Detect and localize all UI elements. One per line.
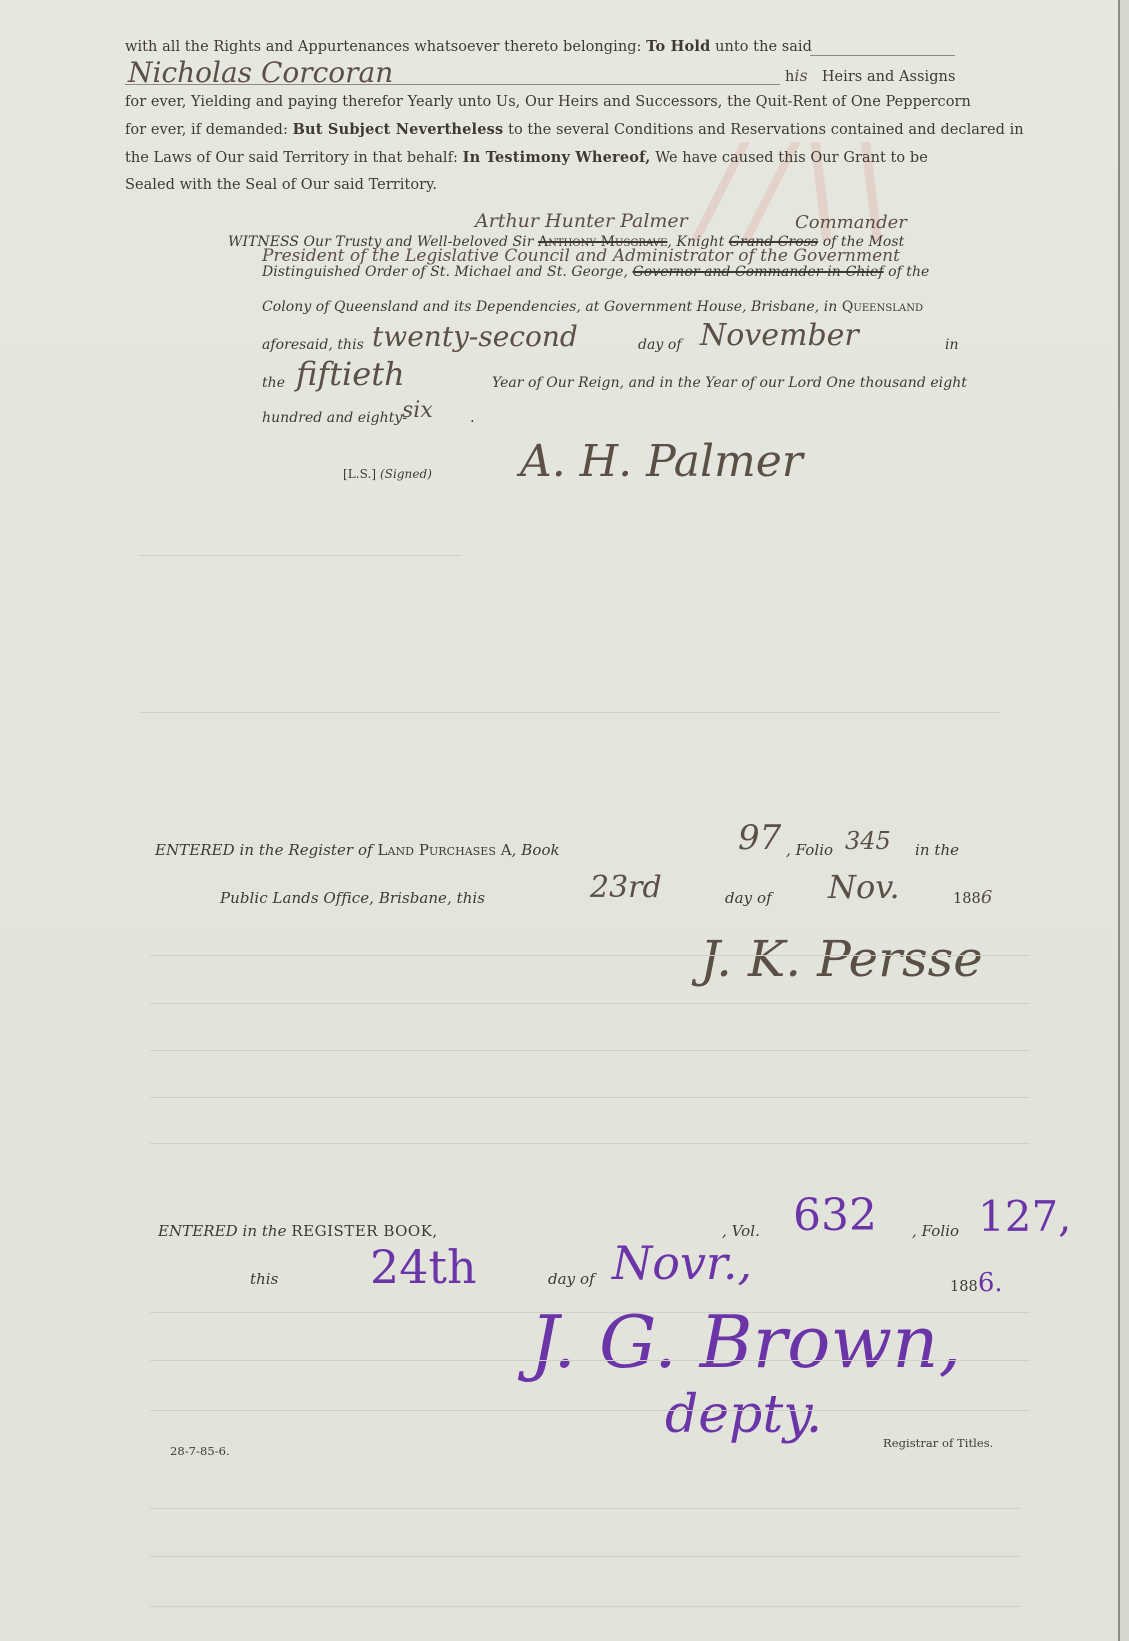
pronoun-handwritten: is <box>794 66 807 85</box>
document-page: //\\ with all the Rights and Appurtenanc… <box>0 0 1118 1641</box>
heirs-and-assigns: his Heirs and Assigns <box>785 66 955 85</box>
entry-day-handwritten: 23rd <box>590 870 662 905</box>
land-purchases-line-1: ENTERED in the Register of Land Purchase… <box>155 841 560 859</box>
page-edge-strip <box>1120 0 1129 1641</box>
reign-year-handwritten: fiftieth <box>296 355 405 393</box>
governor-signature: A. H. Palmer <box>520 436 803 487</box>
witness-line-6: hundred and eighty- <box>262 410 407 426</box>
register-year: 1886. <box>950 1268 1003 1298</box>
struck-office: Governor and Commander-in-Chief <box>633 264 884 280</box>
ruled-line <box>150 1003 1030 1004</box>
ghost-rule <box>140 712 1000 713</box>
grantee-blank-line <box>125 84 780 85</box>
ruled-line <box>150 1312 1030 1313</box>
entry-year: 1886 <box>953 887 992 908</box>
vol-number-handwritten: 632 <box>793 1190 877 1241</box>
witness-office-inserted: President of the Legislative Council and… <box>262 246 900 266</box>
ruled-line <box>150 1360 1030 1361</box>
habendum-line-3: for ever, Yielding and paying therefor Y… <box>125 94 971 110</box>
habendum-line-1: with all the Rights and Appurtenances wh… <box>125 38 812 55</box>
register-day-of-label: day of <box>548 1270 595 1288</box>
deputy-note-handwritten: depty. <box>665 1385 822 1445</box>
year-period: . <box>470 410 475 426</box>
ruled-line <box>150 1508 1020 1509</box>
witness-day-of-label: day of <box>638 337 682 353</box>
register-this-label: this <box>250 1270 278 1288</box>
witness-line-5-start: the <box>262 375 285 391</box>
ruled-line <box>150 955 1030 956</box>
ruled-line <box>150 1606 1020 1607</box>
witness-title-inserted: Commander <box>795 212 907 233</box>
folio-label: , Folio <box>786 841 833 859</box>
ruled-line <box>150 1050 1030 1051</box>
book-number-handwritten: 97 <box>738 818 781 858</box>
habendum-line-4: for ever, if demanded: But Subject Never… <box>125 121 1024 138</box>
ruled-line <box>150 1097 1030 1098</box>
witness-line-4: aforesaid, this <box>262 337 364 353</box>
registrar-of-titles-label: Registrar of Titles. <box>883 1436 993 1450</box>
day-of-label: day of <box>725 889 772 907</box>
habendum-line-6: Sealed with the Seal of Our said Territo… <box>125 177 437 193</box>
habendum-line-5: the Laws of Our said Territory in that b… <box>125 149 928 166</box>
ruled-line <box>150 1410 1030 1411</box>
seal-label: [L.S.] (Signed) <box>343 467 432 481</box>
ruled-line <box>150 1143 1030 1144</box>
witness-day-handwritten: twenty-second <box>372 320 578 353</box>
witness-line-5-end: Year of Our Reign, and in the Year of ou… <box>492 375 967 391</box>
land-purchases-line-2: Public Lands Office, Brisbane, this <box>220 889 485 907</box>
register-folio-handwritten: 127, <box>978 1192 1072 1241</box>
year-handwritten: six <box>402 398 433 423</box>
form-code: 28-7-85-6. <box>170 1444 230 1458</box>
witness-line-2: Distinguished Order of St. Michael and S… <box>262 264 929 280</box>
register-month-handwritten: Novr., <box>612 1236 752 1290</box>
register-book-line-1: ENTERED in the REGISTER BOOK, <box>158 1222 438 1240</box>
witness-in-label: in <box>945 337 959 353</box>
reverse-bleed-text <box>140 520 144 535</box>
in-the-label: in the <box>915 841 959 859</box>
lands-officer-signature: J. K. Persse <box>700 930 983 988</box>
grantee-blank-line-top <box>810 55 955 56</box>
witness-name-inserted: Arthur Hunter Palmer <box>475 210 688 232</box>
witness-month-handwritten: November <box>700 318 859 353</box>
ghost-rule <box>140 555 460 556</box>
register-folio-label: , Folio <box>912 1222 959 1240</box>
witness-line-3: Colony of Queensland and its Dependencie… <box>262 299 923 315</box>
ruled-line <box>150 1556 1020 1557</box>
folio-number-handwritten: 345 <box>845 827 891 855</box>
entry-month-handwritten: Nov. <box>828 868 900 906</box>
register-day-handwritten: 24th <box>370 1240 477 1294</box>
